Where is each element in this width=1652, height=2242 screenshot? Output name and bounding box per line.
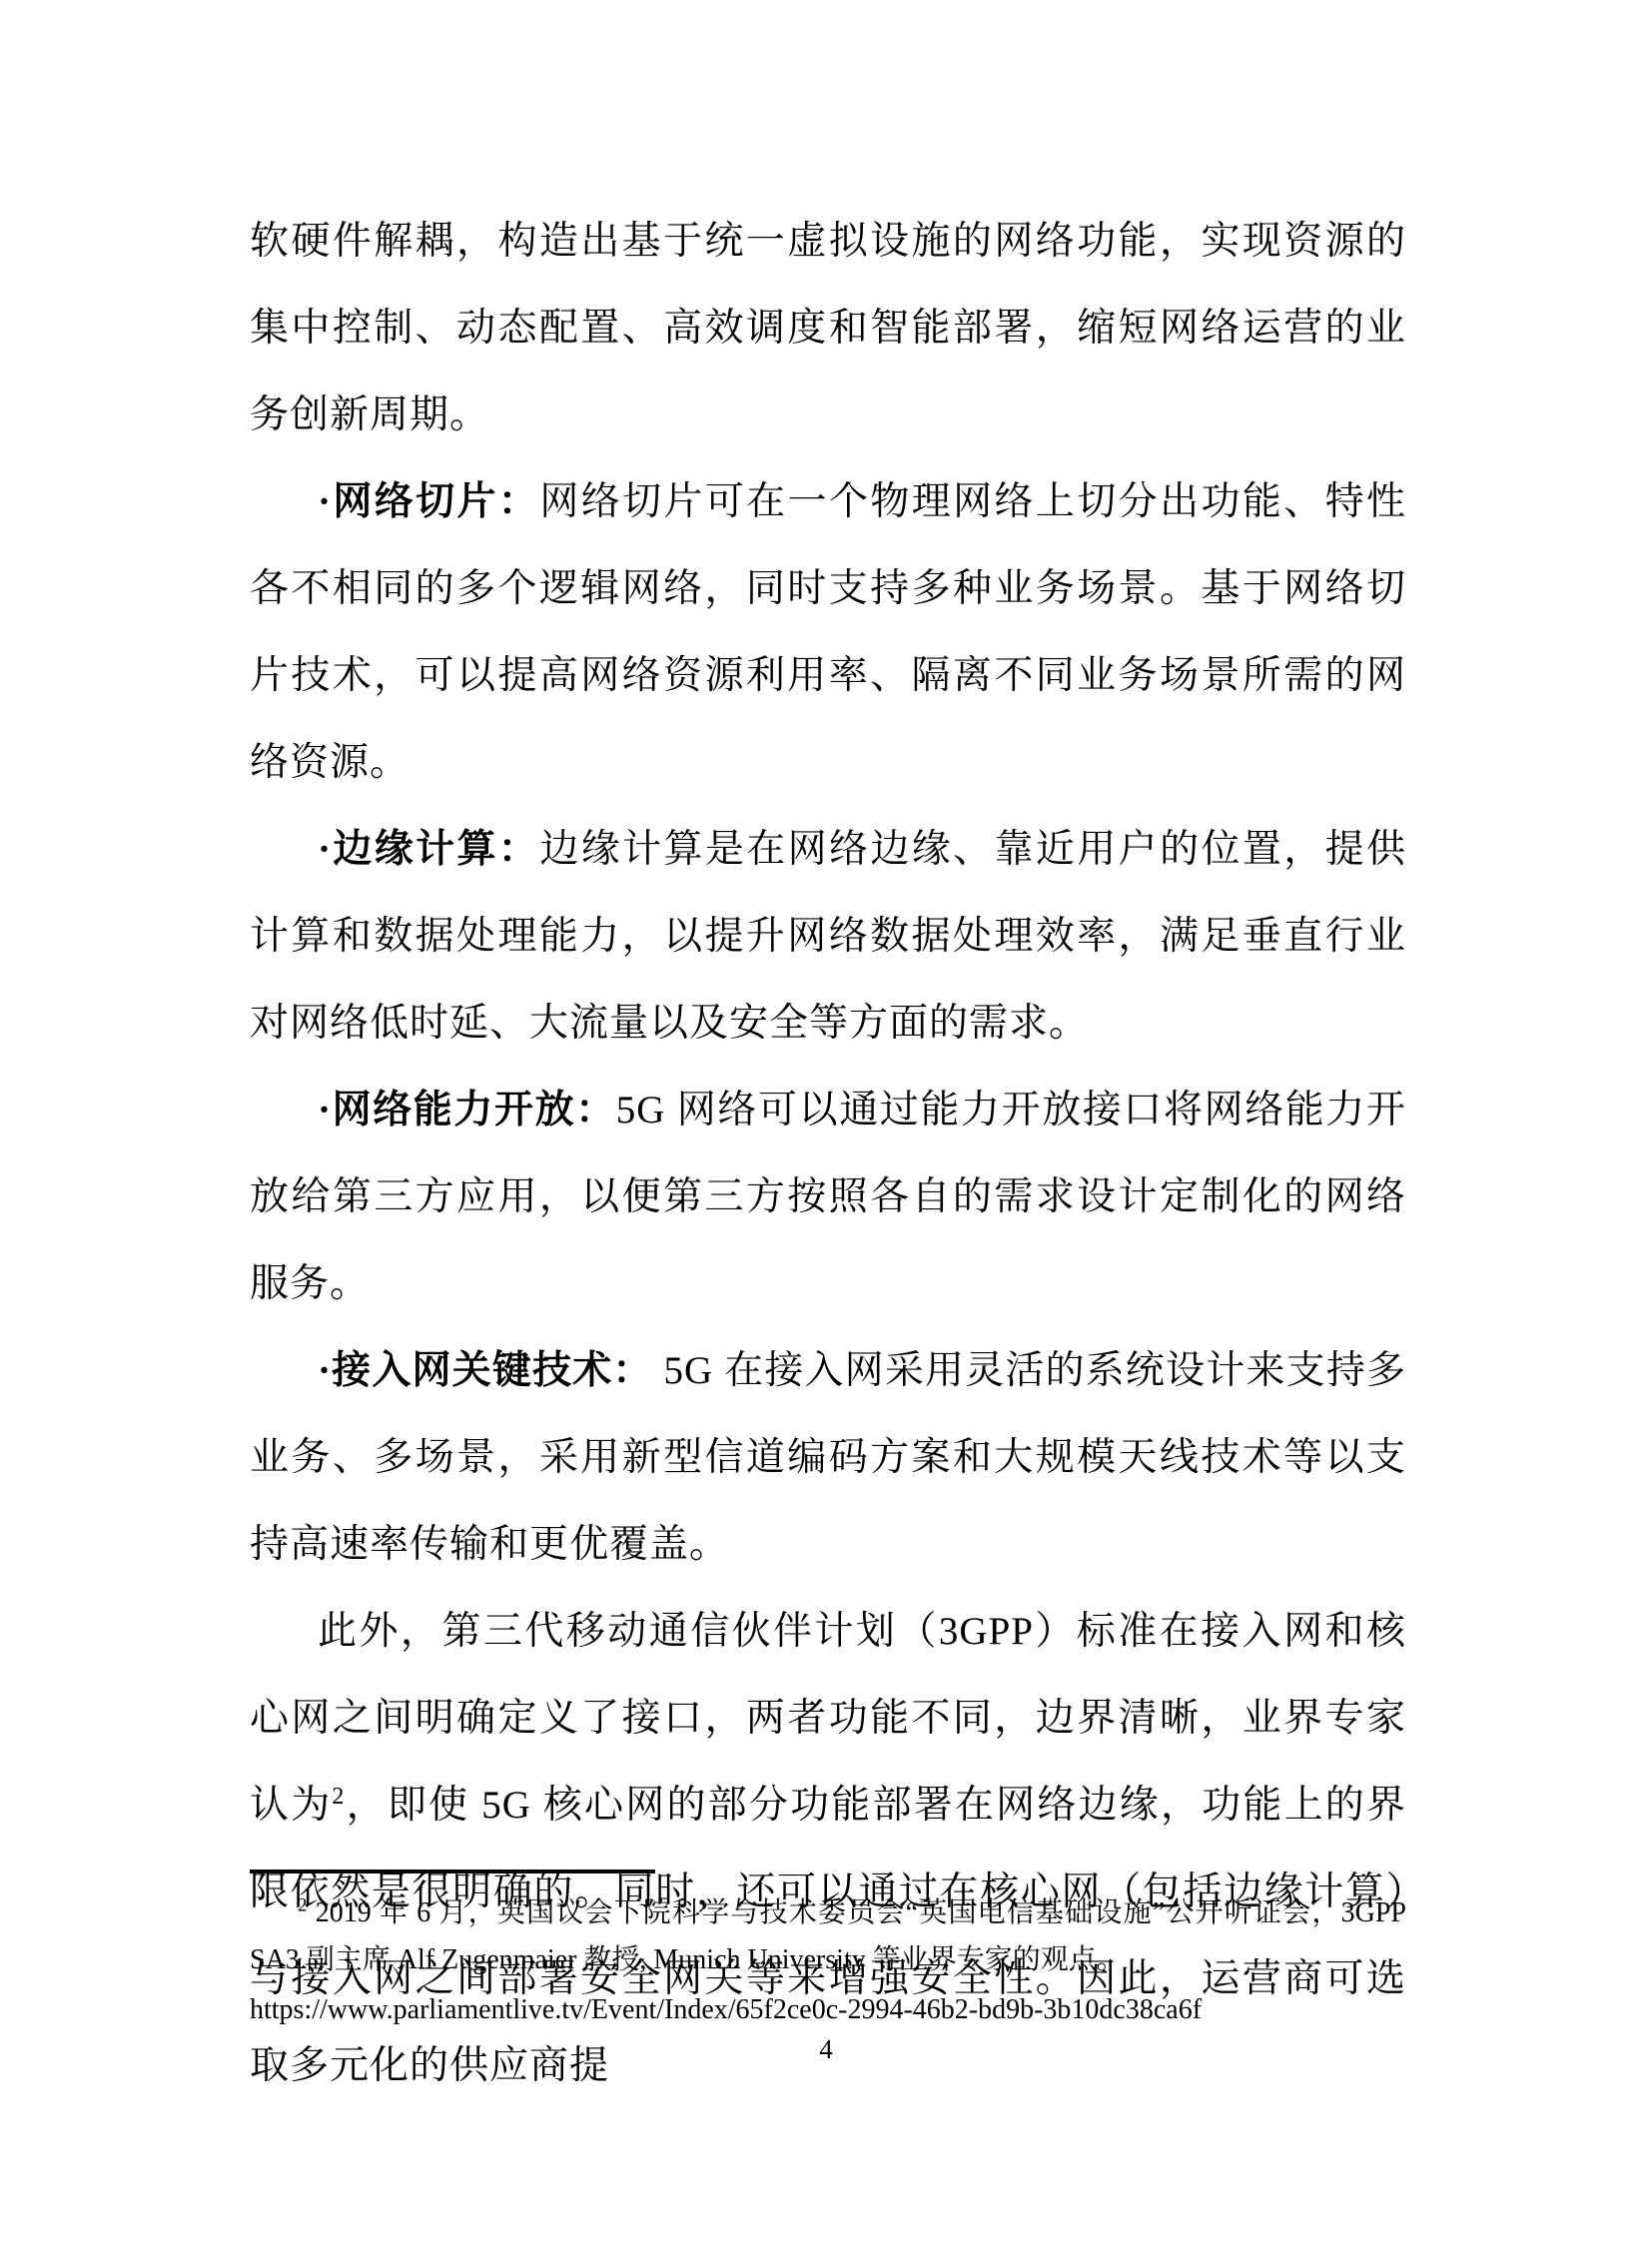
bold-run: ·网络能力开放： bbox=[318, 1089, 616, 1131]
footnote-text: 2 2019 年 6 月，英国议会下院科学与技术委员会“英国电信基础设施”公开听… bbox=[250, 1889, 1406, 1983]
footnote-reference-mark: 2 bbox=[332, 1784, 345, 1810]
para-ran-key-tech: ·接入网关键技术： 5G 在接入网采用灵活的系统设计来支持多业务、多场景，采用新… bbox=[250, 1327, 1406, 1588]
para-capability-exposure: ·网络能力开放：5G 网络可以通过能力开放接口将网络能力开放给第三方应用，以便第… bbox=[250, 1067, 1406, 1327]
bold-run: ·边缘计算： bbox=[318, 828, 539, 871]
text-run: 网络切片可在一个物理网络上切分出功能、特性各不相同的多个逻辑网络，同时支持多种业… bbox=[250, 480, 1406, 784]
footnote-section: 2 2019 年 6 月，英国议会下院科学与技术委员会“英国电信基础设施”公开听… bbox=[250, 1869, 1406, 2033]
page-number: 4 bbox=[0, 2031, 1652, 2067]
para-continuation: 软硬件解耦，构造出基于统一虚拟设施的网络功能，实现资源的集中控制、动态配置、高效… bbox=[250, 198, 1406, 458]
bold-run: ·网络切片： bbox=[318, 480, 539, 523]
para-network-slicing: ·网络切片：网络切片可在一个物理网络上切分出功能、特性各不相同的多个逻辑网络，同… bbox=[250, 458, 1406, 806]
footnote-url: https://www.parliamentlive.tv/Event/Inde… bbox=[250, 1986, 1406, 2033]
footnote-separator-rule bbox=[250, 1869, 655, 1873]
text-run: 2019 年 6 月，英国议会下院科学与技术委员会“英国电信基础设施”公开听证会… bbox=[250, 1897, 1406, 1975]
footnote-reference-mark: 2 bbox=[298, 1895, 308, 1916]
text-run: 软硬件解耦，构造出基于统一虚拟设施的网络功能，实现资源的集中控制、动态配置、高效… bbox=[250, 220, 1406, 436]
document-body: 软硬件解耦，构造出基于统一虚拟设施的网络功能，实现资源的集中控制、动态配置、高效… bbox=[250, 198, 1406, 2109]
para-edge-computing: ·边缘计算：边缘计算是在网络边缘、靠近用户的位置，提供计算和数据处理能力，以提升… bbox=[250, 806, 1406, 1067]
bold-run: ·接入网关键技术： bbox=[318, 1349, 653, 1392]
document-page: 软硬件解耦，构造出基于统一虚拟设施的网络功能，实现资源的集中控制、动态配置、高效… bbox=[0, 0, 1652, 2242]
